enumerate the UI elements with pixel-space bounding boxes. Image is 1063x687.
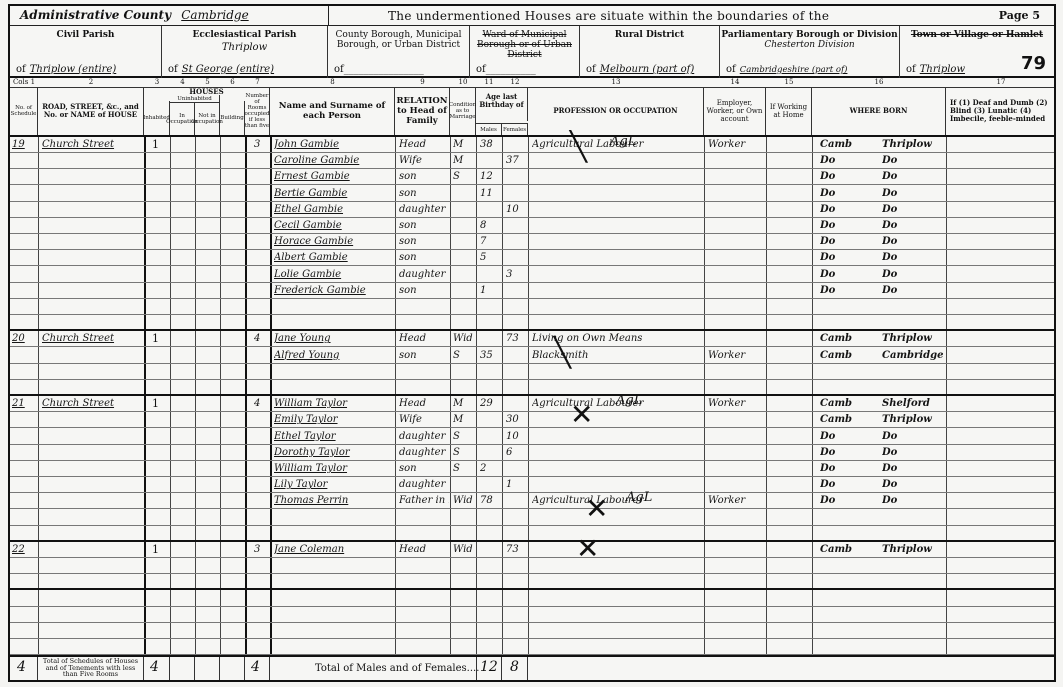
- road-address: [42, 477, 142, 493]
- inhabited-count: [152, 364, 168, 380]
- occupation: [532, 299, 702, 315]
- employment-status: [708, 445, 764, 461]
- person-name: [274, 623, 394, 639]
- employment-status: [708, 267, 764, 283]
- marital-condition: [453, 607, 475, 623]
- inhabited-count: [152, 315, 168, 331]
- born-place: Do: [882, 186, 944, 202]
- schedule-number: [12, 299, 38, 315]
- born-county: Do: [820, 250, 880, 266]
- header-name: Name and Surname of each Person: [270, 87, 395, 135]
- marital-condition: S: [453, 461, 475, 477]
- born-place: [882, 299, 944, 315]
- inhabited-count: [152, 218, 168, 234]
- col-num: 13: [528, 78, 704, 86]
- header-males: Males: [476, 123, 502, 135]
- born-county: Camb: [820, 348, 880, 364]
- rooms-count: 3: [254, 137, 268, 153]
- born-county: [820, 639, 880, 655]
- rooms-count: [254, 510, 268, 526]
- road-address: [42, 267, 142, 283]
- table-row: Ethel TaylordaughterS10DoDo: [10, 429, 1054, 445]
- schedule-number: [12, 510, 38, 526]
- person-name: [274, 364, 394, 380]
- inhabited-total-cell: 4: [144, 657, 170, 680]
- road-address: [42, 558, 142, 574]
- schedule-number: 20: [12, 331, 38, 347]
- employment-status: [708, 202, 764, 218]
- table-row: [10, 380, 1054, 396]
- person-name: John Gambie: [274, 137, 394, 153]
- road-address: [42, 153, 142, 169]
- schedule-number: 21: [12, 396, 38, 412]
- person-name: [274, 574, 394, 590]
- born-place: Thriplow: [882, 331, 944, 347]
- schedule-number: [12, 153, 38, 169]
- table-row: Emily TaylorWifeM30CambThriplow: [10, 412, 1054, 428]
- inhabited-count: [152, 477, 168, 493]
- parliamentary-label: Parliamentary Borough or Division: [720, 30, 899, 40]
- ecclesiastical-parish-value-1: Thriplow: [162, 42, 327, 53]
- rooms-count: [254, 234, 268, 250]
- employment-status: [708, 639, 764, 655]
- inhabited-count: [152, 510, 168, 526]
- born-county: Do: [820, 429, 880, 445]
- road-address: [42, 234, 142, 250]
- schedule-number: [12, 574, 38, 590]
- header-condition: Condition as to Marriage: [450, 87, 476, 135]
- strike-mark: ✕: [570, 398, 593, 431]
- header-schedule-no: No. of Schedule: [10, 87, 38, 135]
- enumerator-mark: AgL: [626, 490, 652, 505]
- rooms-count: [254, 591, 268, 607]
- ecclesiastical-parish-value-2: St George (entire): [182, 64, 274, 75]
- schedule-number: [12, 558, 38, 574]
- male-age: [480, 607, 500, 623]
- marital-condition: [453, 234, 475, 250]
- table-row: Frederick Gambieson1DoDo: [10, 283, 1054, 299]
- road-address: [42, 348, 142, 364]
- strike-mark: ╲: [570, 130, 587, 163]
- road-address: [42, 169, 142, 185]
- header-building: Building: [220, 101, 245, 135]
- male-age: 35: [480, 348, 500, 364]
- male-age: [480, 477, 500, 493]
- rooms-count: [254, 267, 268, 283]
- rooms-count: [254, 445, 268, 461]
- rooms-count: [254, 623, 268, 639]
- inhabited-count: [152, 348, 168, 364]
- born-county: Do: [820, 477, 880, 493]
- table-row: [10, 574, 1054, 590]
- born-place: [882, 639, 944, 655]
- relation: [399, 591, 449, 607]
- relation: son: [399, 348, 449, 364]
- table-row: Bertie Gambieson11DoDo: [10, 186, 1054, 202]
- person-name: [274, 315, 394, 331]
- table-row: Caroline GambieWifeM37DoDo: [10, 153, 1054, 169]
- born-county: [820, 526, 880, 542]
- inhabited-count: [152, 526, 168, 542]
- rooms-count: [254, 348, 268, 364]
- administrative-county-value: Cambridge: [181, 8, 248, 22]
- rooms-count: 4: [254, 396, 268, 412]
- schedule-number: [12, 267, 38, 283]
- census-table: 19Church Street13John GambieHeadM38Agric…: [10, 137, 1054, 655]
- col-num: 6: [220, 78, 245, 86]
- born-county: Do: [820, 493, 880, 509]
- employment-status: [708, 299, 764, 315]
- male-age: [480, 380, 500, 396]
- schedules-total-label: Total of Schedules of Houses and of Tene…: [38, 657, 144, 680]
- female-age: [506, 526, 526, 542]
- female-age: [506, 639, 526, 655]
- person-name: Dorothy Taylor: [274, 445, 394, 461]
- inhabited-count: [152, 412, 168, 428]
- employment-status: [708, 558, 764, 574]
- born-county: Camb: [820, 396, 880, 412]
- road-address: Church Street: [42, 137, 142, 153]
- col-num: 4: [170, 78, 195, 86]
- schedule-number: [12, 250, 38, 266]
- col-num: 15: [766, 78, 812, 86]
- rooms-count: 3: [254, 542, 268, 558]
- occupation: [532, 639, 702, 655]
- employment-status: Worker: [708, 137, 764, 153]
- road-address: [42, 186, 142, 202]
- person-name: Caroline Gambie: [274, 153, 394, 169]
- relation: daughter: [399, 429, 449, 445]
- relation: son: [399, 461, 449, 477]
- female-age: [506, 348, 526, 364]
- person-name: Lily Taylor: [274, 477, 394, 493]
- administrative-county: Administrative County Cambridge: [20, 8, 249, 22]
- male-age: [480, 542, 500, 558]
- table-row: Albert Gambieson5DoDo: [10, 250, 1054, 266]
- table-row: Lily Taylordaughter1DoDo: [10, 477, 1054, 493]
- road-address: [42, 493, 142, 509]
- born-county: Do: [820, 283, 880, 299]
- rooms-count: [254, 299, 268, 315]
- enumerator-mark: AgL: [616, 393, 642, 408]
- strike-mark: ╲: [554, 336, 571, 369]
- born-place: [882, 510, 944, 526]
- female-age: 1: [506, 477, 526, 493]
- road-address: [42, 607, 142, 623]
- marital-condition: [453, 639, 475, 655]
- employment-status: [708, 526, 764, 542]
- male-age: [480, 299, 500, 315]
- parliamentary-division: Parliamentary Borough or Division Cheste…: [720, 26, 900, 78]
- born-place: [882, 607, 944, 623]
- marital-condition: [453, 526, 475, 542]
- employment-status: [708, 623, 764, 639]
- road-address: [42, 510, 142, 526]
- rooms-count: [254, 186, 268, 202]
- marital-condition: [453, 477, 475, 493]
- male-age: [480, 623, 500, 639]
- born-place: Do: [882, 234, 944, 250]
- occupation: [532, 429, 702, 445]
- road-address: [42, 639, 142, 655]
- civil-parish-value: Thriplow (entire): [30, 64, 117, 75]
- inhabited-count: [152, 429, 168, 445]
- schedule-number: [12, 639, 38, 655]
- male-age: [480, 526, 500, 542]
- occupation: [532, 202, 702, 218]
- occupation: [532, 607, 702, 623]
- rooms-count: [254, 477, 268, 493]
- employment-status: [708, 380, 764, 396]
- schedule-number: [12, 412, 38, 428]
- born-place: Thriplow: [882, 542, 944, 558]
- occupation: [532, 526, 702, 542]
- county-borough-label: County Borough, Municipal Borough, or Ur…: [328, 30, 469, 50]
- male-age: 5: [480, 250, 500, 266]
- col-num: 7: [245, 78, 270, 86]
- employment-status: [708, 574, 764, 590]
- of-label: of: [168, 64, 178, 75]
- col-num: 5: [195, 78, 220, 86]
- employment-status: [708, 364, 764, 380]
- enumerator-mark: AgL: [610, 134, 636, 149]
- inhabited-count: [152, 623, 168, 639]
- header-rooms: Number of Rooms occupied if less than fi…: [245, 87, 270, 135]
- rooms-count: [254, 526, 268, 542]
- schedule-number: [12, 461, 38, 477]
- born-place: Do: [882, 250, 944, 266]
- schedule-number: [12, 493, 38, 509]
- ecclesiastical-parish-label: Ecclesiastical Parish: [162, 30, 327, 40]
- table-row: 20Church Street14Jane YoungHeadWid73Livi…: [10, 331, 1054, 347]
- relation: Wife: [399, 153, 449, 169]
- born-county: [820, 364, 880, 380]
- schedules-total: 4: [17, 659, 26, 675]
- total-cell: [220, 657, 245, 680]
- header-infirmity: If (1) Deaf and Dumb (2) Blind (3) Lunat…: [946, 87, 1056, 135]
- person-name: Thomas Perrin: [274, 493, 394, 509]
- inhabited-count: [152, 380, 168, 396]
- male-age: 2: [480, 461, 500, 477]
- road-address: [42, 574, 142, 590]
- header-uninhabited: Uninhabited: [170, 95, 220, 103]
- born-county: Do: [820, 169, 880, 185]
- schedule-number: [12, 591, 38, 607]
- born-county: Do: [820, 267, 880, 283]
- employment-status: [708, 461, 764, 477]
- schedule-number: [12, 380, 38, 396]
- male-age: [480, 429, 500, 445]
- rooms-count: [254, 315, 268, 331]
- schedule-number: [12, 607, 38, 623]
- employment-status: [708, 412, 764, 428]
- relation: [399, 639, 449, 655]
- table-row: [10, 299, 1054, 315]
- male-age: [480, 639, 500, 655]
- rooms-count: [254, 380, 268, 396]
- marital-condition: [453, 202, 475, 218]
- born-place: Thriplow: [882, 137, 944, 153]
- person-name: [274, 299, 394, 315]
- born-county: [820, 299, 880, 315]
- inhabited-count: [152, 267, 168, 283]
- road-address: [42, 299, 142, 315]
- male-age: [480, 364, 500, 380]
- rooms-count: 4: [254, 331, 268, 347]
- relation: [399, 526, 449, 542]
- employment-status: [708, 283, 764, 299]
- female-age: [506, 510, 526, 526]
- page-number: 79: [1021, 53, 1046, 74]
- females-total: 8: [510, 659, 519, 675]
- schedule-number: [12, 283, 38, 299]
- relation: daughter: [399, 445, 449, 461]
- male-age: [480, 331, 500, 347]
- rooms-count: [254, 574, 268, 590]
- inhabited-count: [152, 558, 168, 574]
- person-name: Emily Taylor: [274, 412, 394, 428]
- born-county: [820, 623, 880, 639]
- rural-district: Rural District ofMelbourn (part of): [580, 26, 720, 78]
- female-age: 3: [506, 267, 526, 283]
- female-age: 37: [506, 153, 526, 169]
- parliamentary-value-1: Chesterton Division: [720, 40, 899, 50]
- boundaries-statement: The undermentioned Houses are situate wi…: [388, 9, 829, 23]
- rooms-count: [254, 607, 268, 623]
- marital-condition: [453, 558, 475, 574]
- employment-status: [708, 186, 764, 202]
- road-address: [42, 364, 142, 380]
- rooms-total-cell: 4: [245, 657, 270, 680]
- schedule-number: [12, 364, 38, 380]
- male-age: [480, 510, 500, 526]
- employment-status: [708, 169, 764, 185]
- road-address: [42, 429, 142, 445]
- employment-status: Worker: [708, 493, 764, 509]
- inhabited-count: [152, 202, 168, 218]
- born-county: Do: [820, 461, 880, 477]
- born-county: [820, 510, 880, 526]
- occupation: [532, 542, 702, 558]
- marital-condition: [453, 574, 475, 590]
- col-num: 17: [946, 78, 1056, 86]
- marital-condition: [453, 380, 475, 396]
- inhabited-count: [152, 607, 168, 623]
- marital-condition: S: [453, 348, 475, 364]
- marital-condition: Wid: [453, 331, 475, 347]
- road-address: Church Street: [42, 331, 142, 347]
- header-at-home: If Working at Home: [766, 87, 812, 135]
- header-females: Females: [502, 123, 528, 135]
- occupation: [532, 477, 702, 493]
- table-row: Dorothy TaylordaughterS6DoDo: [10, 445, 1054, 461]
- relation: [399, 380, 449, 396]
- person-name: Horace Gambie: [274, 234, 394, 250]
- male-age: [480, 558, 500, 574]
- inhabited-count: [152, 299, 168, 315]
- female-age: [506, 461, 526, 477]
- road-address: [42, 445, 142, 461]
- header-not-in-occupation: Not in Occupation: [195, 103, 220, 135]
- column-headers: No. of Schedule ROAD, STREET, &c., and N…: [10, 87, 1054, 137]
- inhabited-count: 1: [152, 542, 168, 558]
- rooms-count: [254, 364, 268, 380]
- born-place: Do: [882, 202, 944, 218]
- inhabited-count: [152, 186, 168, 202]
- born-county: Camb: [820, 412, 880, 428]
- male-age: [480, 153, 500, 169]
- inhabited-count: [152, 493, 168, 509]
- person-name: Lolie Gambie: [274, 267, 394, 283]
- inhabited-count: [152, 250, 168, 266]
- table-row: [10, 591, 1054, 607]
- relation: son: [399, 250, 449, 266]
- marital-condition: Wid: [453, 493, 475, 509]
- of-label: of: [726, 64, 736, 75]
- table-row: [10, 315, 1054, 331]
- inhabited-count: [152, 169, 168, 185]
- table-row: [10, 526, 1054, 542]
- road-address: [42, 380, 142, 396]
- employment-status: [708, 250, 764, 266]
- county-borough: County Borough, Municipal Borough, or Ur…: [328, 26, 470, 78]
- female-age: 10: [506, 202, 526, 218]
- relation: [399, 510, 449, 526]
- person-name: [274, 526, 394, 542]
- rooms-count: [254, 493, 268, 509]
- table-row: Thomas PerrinFather in lawWid78Agricultu…: [10, 493, 1054, 509]
- relation: [399, 558, 449, 574]
- road-address: [42, 542, 142, 558]
- rural-district-value: Melbourn (part of): [600, 64, 694, 75]
- rooms-count: [254, 639, 268, 655]
- rooms-count: [254, 153, 268, 169]
- table-row: [10, 558, 1054, 574]
- marital-condition: [453, 186, 475, 202]
- table-row: Horace Gambieson7DoDo: [10, 234, 1054, 250]
- relation: daughter: [399, 202, 449, 218]
- schedule-number: [12, 429, 38, 445]
- female-age: [506, 558, 526, 574]
- col-num: Cols 1: [10, 78, 38, 86]
- table-row: Ernest GambiesonS12DoDo: [10, 169, 1054, 185]
- table-row: 2213Jane ColemanHeadWid73CambThriplow: [10, 542, 1054, 558]
- born-place: Cambridge: [882, 348, 944, 364]
- road-address: [42, 202, 142, 218]
- table-row: [10, 623, 1054, 639]
- road-address: [42, 283, 142, 299]
- occupation: [532, 186, 702, 202]
- person-name: William Taylor: [274, 396, 394, 412]
- male-age: 8: [480, 218, 500, 234]
- civil-parish-label: Civil Parish: [10, 30, 161, 40]
- relation: son: [399, 186, 449, 202]
- inhabited-count: [152, 283, 168, 299]
- employment-status: [708, 331, 764, 347]
- person-name: [274, 510, 394, 526]
- female-age: [506, 380, 526, 396]
- female-age: 6: [506, 445, 526, 461]
- header-where-born: WHERE BORN: [812, 87, 946, 135]
- marital-condition: S: [453, 169, 475, 185]
- occupation: [532, 623, 702, 639]
- person-name: Jane Young: [274, 331, 394, 347]
- male-age: 11: [480, 186, 500, 202]
- marital-condition: [453, 364, 475, 380]
- relation: Father in law: [399, 493, 449, 509]
- born-county: Do: [820, 153, 880, 169]
- female-age: [506, 315, 526, 331]
